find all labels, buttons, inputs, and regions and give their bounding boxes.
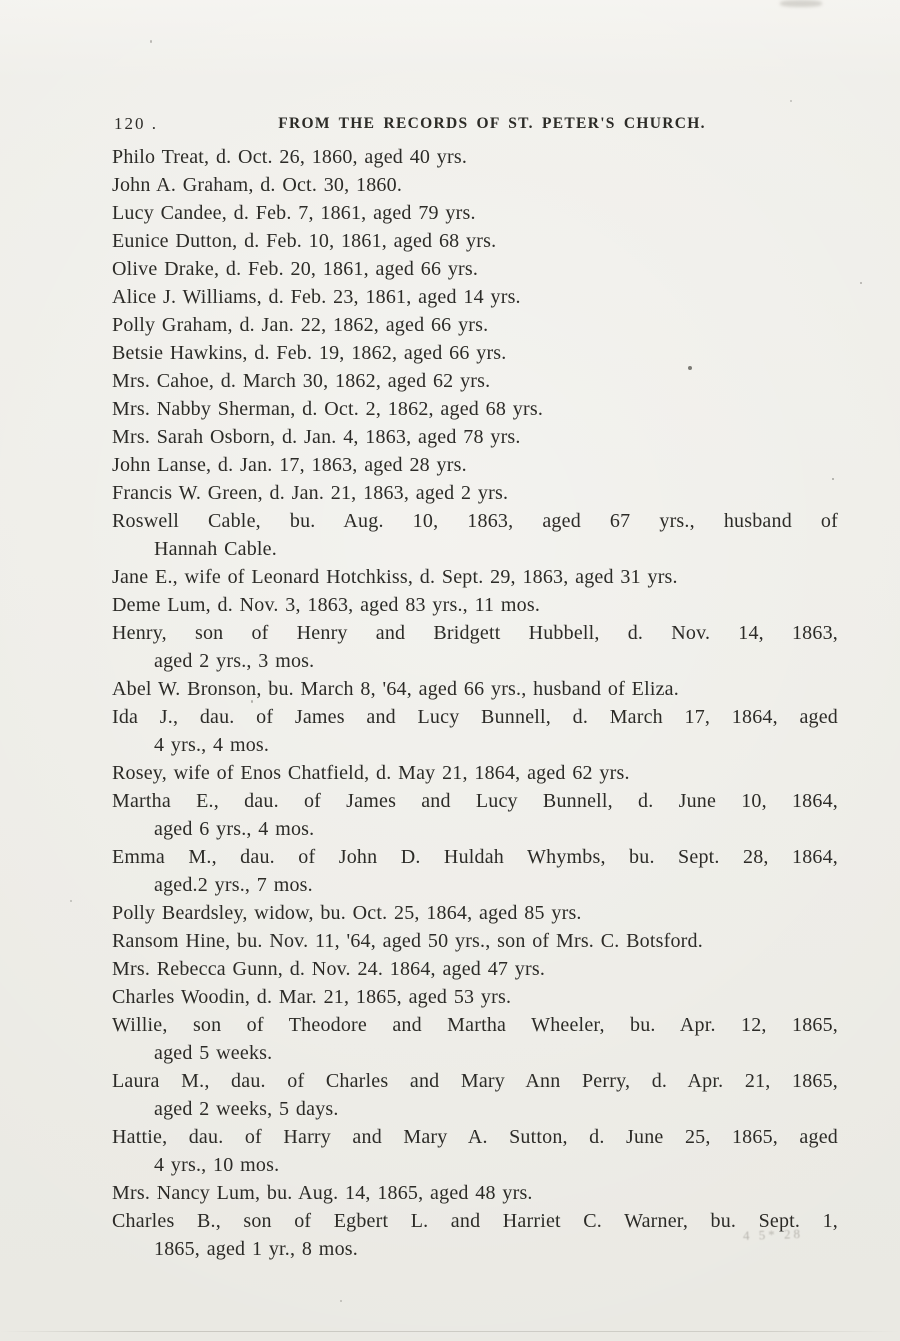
record-line: Ida J., dau. of James and Lucy Bunnell, … xyxy=(112,703,838,731)
record-line: aged 2 weeks, 5 days. xyxy=(112,1095,838,1123)
record-entry: Mrs. Rebecca Gunn, d. Nov. 24. 1864, age… xyxy=(112,955,838,983)
page-title: FROM THE RECORDS OF ST. PETER'S CHURCH. xyxy=(112,112,838,133)
record-line: aged 2 yrs., 3 mos. xyxy=(112,647,838,675)
record-line: Rosey, wife of Enos Chatfield, d. May 21… xyxy=(112,759,838,787)
record-entry: Polly Graham, d. Jan. 22, 1862, aged 66 … xyxy=(112,311,838,339)
pencil-mark: 4 5* 28 xyxy=(743,1226,804,1244)
scan-speck xyxy=(70,900,72,902)
scan-speck xyxy=(832,478,834,480)
record-line: Henry, son of Henry and Bridgett Hubbell… xyxy=(112,619,838,647)
record-line: Francis W. Green, d. Jan. 21, 1863, aged… xyxy=(112,479,838,507)
record-line: Philo Treat, d. Oct. 26, 1860, aged 40 y… xyxy=(112,143,838,171)
record-line: Ransom Hine, bu. Nov. 11, '64, aged 50 y… xyxy=(112,927,838,955)
record-entry: Henry, son of Henry and Bridgett Hubbell… xyxy=(112,619,838,675)
record-line: Martha E., dau. of James and Lucy Bunnel… xyxy=(112,787,838,815)
record-entry: Ransom Hine, bu. Nov. 11, '64, aged 50 y… xyxy=(112,927,838,955)
record-line: Olive Drake, d. Feb. 20, 1861, aged 66 y… xyxy=(112,255,838,283)
record-entry: Eunice Dutton, d. Feb. 10, 1861, aged 68… xyxy=(112,227,838,255)
record-line: Roswell Cable, bu. Aug. 10, 1863, aged 6… xyxy=(112,507,838,535)
record-line: Hannah Cable. xyxy=(112,535,838,563)
record-line: 1865, aged 1 yr., 8 mos. xyxy=(112,1235,838,1263)
records-list: Philo Treat, d. Oct. 26, 1860, aged 40 y… xyxy=(112,143,838,1263)
record-line: Mrs. Nancy Lum, bu. Aug. 14, 1865, aged … xyxy=(112,1179,838,1207)
record-entry: Rosey, wife of Enos Chatfield, d. May 21… xyxy=(112,759,838,787)
record-line: Polly Graham, d. Jan. 22, 1862, aged 66 … xyxy=(112,311,838,339)
record-entry: Mrs. Cahoe, d. March 30, 1862, aged 62 y… xyxy=(112,367,838,395)
record-entry: Philo Treat, d. Oct. 26, 1860, aged 40 y… xyxy=(112,143,838,171)
scan-speck xyxy=(150,40,152,43)
record-line: Mrs. Sarah Osborn, d. Jan. 4, 1863, aged… xyxy=(112,423,838,451)
scanned-page: 120 . FROM THE RECORDS OF ST. PETER'S CH… xyxy=(0,0,900,1341)
record-entry: John Lanse, d. Jan. 17, 1863, aged 28 yr… xyxy=(112,451,838,479)
scan-speck xyxy=(340,1300,342,1302)
scan-speck xyxy=(860,282,862,284)
record-entry: Roswell Cable, bu. Aug. 10, 1863, aged 6… xyxy=(112,507,838,563)
record-line: John Lanse, d. Jan. 17, 1863, aged 28 yr… xyxy=(112,451,838,479)
record-entry: Mrs. Nabby Sherman, d. Oct. 2, 1862, age… xyxy=(112,395,838,423)
record-line: Charles B., son of Egbert L. and Harriet… xyxy=(112,1207,838,1235)
record-line: Alice J. Williams, d. Feb. 23, 1861, age… xyxy=(112,283,838,311)
page-content: 120 . FROM THE RECORDS OF ST. PETER'S CH… xyxy=(112,112,838,1263)
record-entry: Martha E., dau. of James and Lucy Bunnel… xyxy=(112,787,838,843)
record-line: aged.2 yrs., 7 mos. xyxy=(112,871,838,899)
scan-speck xyxy=(251,700,253,703)
record-line: Eunice Dutton, d. Feb. 10, 1861, aged 68… xyxy=(112,227,838,255)
record-entry: Lucy Candee, d. Feb. 7, 1861, aged 79 yr… xyxy=(112,199,838,227)
record-entry: John A. Graham, d. Oct. 30, 1860. xyxy=(112,171,838,199)
record-entry: Olive Drake, d. Feb. 20, 1861, aged 66 y… xyxy=(112,255,838,283)
record-line: Jane E., wife of Leonard Hotchkiss, d. S… xyxy=(112,563,838,591)
scan-speck xyxy=(688,366,692,370)
record-line: aged 6 yrs., 4 mos. xyxy=(112,815,838,843)
record-entry: Charles B., son of Egbert L. and Harriet… xyxy=(112,1207,838,1263)
record-entry: Francis W. Green, d. Jan. 21, 1863, aged… xyxy=(112,479,838,507)
record-line: Abel W. Bronson, bu. March 8, '64, aged … xyxy=(112,675,838,703)
record-line: Charles Woodin, d. Mar. 21, 1865, aged 5… xyxy=(112,983,838,1011)
record-entry: Mrs. Sarah Osborn, d. Jan. 4, 1863, aged… xyxy=(112,423,838,451)
record-line: aged 5 weeks. xyxy=(112,1039,838,1067)
page-number: 120 . xyxy=(114,114,158,134)
record-line: Polly Beardsley, widow, bu. Oct. 25, 186… xyxy=(112,899,838,927)
record-entry: Laura M., dau. of Charles and Mary Ann P… xyxy=(112,1067,838,1123)
record-entry: Polly Beardsley, widow, bu. Oct. 25, 186… xyxy=(112,899,838,927)
record-entry: Deme Lum, d. Nov. 3, 1863, aged 83 yrs.,… xyxy=(112,591,838,619)
scan-speck xyxy=(790,100,792,102)
record-line: John A. Graham, d. Oct. 30, 1860. xyxy=(112,171,838,199)
record-line: Laura M., dau. of Charles and Mary Ann P… xyxy=(112,1067,838,1095)
record-line: Mrs. Nabby Sherman, d. Oct. 2, 1862, age… xyxy=(112,395,838,423)
record-entry: Emma M., dau. of John D. Huldah Whymbs, … xyxy=(112,843,838,899)
record-line: Betsie Hawkins, d. Feb. 19, 1862, aged 6… xyxy=(112,339,838,367)
record-entry: Alice J. Williams, d. Feb. 23, 1861, age… xyxy=(112,283,838,311)
record-entry: Jane E., wife of Leonard Hotchkiss, d. S… xyxy=(112,563,838,591)
record-line: 4 yrs., 4 mos. xyxy=(112,731,838,759)
record-entry: Abel W. Bronson, bu. March 8, '64, aged … xyxy=(112,675,838,703)
record-entry: Ida J., dau. of James and Lucy Bunnell, … xyxy=(112,703,838,759)
record-entry: Hattie, dau. of Harry and Mary A. Sutton… xyxy=(112,1123,838,1179)
record-line: Hattie, dau. of Harry and Mary A. Sutton… xyxy=(112,1123,838,1151)
record-line: Emma M., dau. of John D. Huldah Whymbs, … xyxy=(112,843,838,871)
record-line: Willie, son of Theodore and Martha Wheel… xyxy=(112,1011,838,1039)
record-line: Mrs. Rebecca Gunn, d. Nov. 24. 1864, age… xyxy=(112,955,838,983)
record-entry: Charles Woodin, d. Mar. 21, 1865, aged 5… xyxy=(112,983,838,1011)
scan-crease-line xyxy=(0,1331,900,1332)
scan-smudge xyxy=(780,0,822,7)
record-line: Lucy Candee, d. Feb. 7, 1861, aged 79 yr… xyxy=(112,199,838,227)
running-head: 120 . FROM THE RECORDS OF ST. PETER'S CH… xyxy=(112,112,838,138)
record-entry: Betsie Hawkins, d. Feb. 19, 1862, aged 6… xyxy=(112,339,838,367)
record-entry: Willie, son of Theodore and Martha Wheel… xyxy=(112,1011,838,1067)
record-line: Deme Lum, d. Nov. 3, 1863, aged 83 yrs.,… xyxy=(112,591,838,619)
record-line: 4 yrs., 10 mos. xyxy=(112,1151,838,1179)
record-line: Mrs. Cahoe, d. March 30, 1862, aged 62 y… xyxy=(112,367,838,395)
record-entry: Mrs. Nancy Lum, bu. Aug. 14, 1865, aged … xyxy=(112,1179,838,1207)
